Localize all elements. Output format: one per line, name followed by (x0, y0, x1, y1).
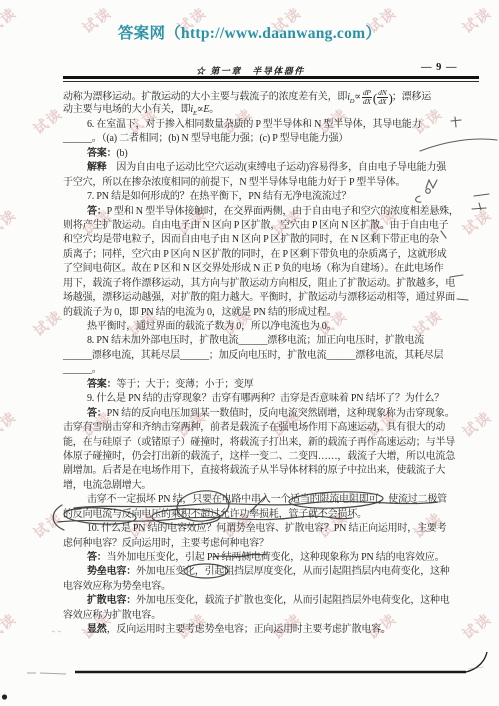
header-rule-thick (63, 76, 479, 79)
text-line: 答案：(b) (63, 147, 437, 161)
text-line: ______。 (63, 363, 437, 377)
scan-specks (2, 631, 61, 700)
watermark-stamp: 试读 (29, 103, 67, 138)
text-line: ______。（(a) 二者相同；(b) N 型导电能力强；(c) P 型导电能… (63, 132, 437, 146)
header-rule-thin (63, 81, 479, 82)
text-line: 动主要与电场的大小有关，即iE∝E。 (63, 103, 437, 117)
text-line: 能，在与硅原子（或锗原子）碰撞时，将载流子打出来，新的载流子再作高速运动；与半导 (63, 436, 437, 450)
body-text: 动称为漂移运动。扩散运动的大小主要与载流子的浓度差有关，即iD∝dPdX(dNd… (63, 89, 437, 638)
text-line: 势垒电容：外加电压变化，引起阻挡层厚度变化，从而引起阻挡层内电荷变化，这种 (63, 565, 437, 579)
scanned-document-page: 试读试读试读试读试读试读试读试读试读试读试读试读试读试读试读试读试读试读试读试读… (0, 0, 499, 706)
watermark-stamp: 试读 (29, 507, 67, 542)
text-line: 击穿有雪崩击穿和齐纳击穿两种，前者是载流子在强电场作用下高速运动，具有很大的动 (63, 421, 437, 435)
text-line: 热平衡时，通过界面的载流子数为 0，所以净电流也为 0。 (63, 320, 437, 334)
text-line: 解释 因为自由电子运动比空穴运动(束缚电子运动)容易得多，自由电子导电能力强 (63, 161, 437, 175)
text-line: 质离子；同样，空穴由 P 区向 N 区扩散的同时，在 P 区剩下带负电的杂质离子… (63, 248, 437, 262)
text-line: 9. 什么是 PN 结的击穿现象？击穿有哪两种？击穿是否意味着 PN 结坏了？为… (63, 392, 437, 406)
text-line: 8. PN 结未加外部电压时，扩散电流______漂移电流；加正向电压时，扩散电… (63, 334, 437, 348)
text-line: 击穿不一定损坏 PN 结，只要在电路中串入一个适当的限流电阻即可，使流过二极管 (63, 493, 437, 507)
watermark-stamp: 试读 (0, 406, 21, 441)
text-line: 剧增加。后者是在电场作用下，直接将载流子从半导体材料的原子中拉出来，使载流子大 (63, 464, 437, 478)
text-line: 10. 什么是 PN 结的电容效应？何谓势垒电容、扩散电容？PN 结正向运用时，… (63, 522, 437, 536)
text-line: 和空穴均是带电粒子，因而自由电子由 N 区向 P 区扩散的同时，在 N 区剩下带… (63, 233, 437, 247)
text-line: 于空穴，所以在掺杂浓度相同的前提下，N 型半导体导电能力好于 P 型半导体。 (63, 176, 437, 190)
text-line: 答：当外加电压变化，引起 PN 结两侧电荷变化，这种现象称为 PN 结的电容效应… (63, 551, 437, 565)
text-line: 6. 在室温下，对于掺入相同数量杂质的 P 型半导体和 N 型半导体，其导电能力 (63, 118, 437, 132)
text-line: ______漂移电流，其耗尽层______；加反向电压时，扩散电流______漂… (63, 349, 437, 363)
watermark-stamp: 试读 (458, 608, 496, 643)
text-line: 场越强，漂移运动越强，对扩散的阻力越大。平衡时，扩散运动与漂移运动相等，通过界面 (63, 291, 437, 305)
text-line: 增，电流急剧增大。 (63, 479, 437, 493)
text-line: 了空间电荷区。故在 P 区和 N 区交界处形成 N 正 P 负的电场（称为自建场… (63, 262, 437, 276)
text-line: 扩散电容：外加电压变化，载流子扩散也变化，从而引起阻挡层外电荷变化，这种电 (63, 594, 437, 608)
text-line: 容效应称为扩散电容。 (63, 609, 437, 623)
text-line: 显然，反向运用时主要考虑势垒电容；正向运用时主要考虑扩散电容。 (63, 623, 437, 637)
watermark-stamp: 试读 (29, 305, 67, 340)
text-line: 的载流子为 0，即 PN 结的电流为 0，这就是 PN 结的形成过程。 (63, 306, 437, 320)
watermark-stamp: 试读 (0, 204, 21, 239)
text-line: 的反向电流与反向电压的乘积不超过允许功率损耗，管子就不会损坏。 (63, 508, 437, 522)
site-header: 答案网（http://www.daanwang.com） (0, 21, 499, 43)
text-line: 体原子碰撞时，仍会打出新的载流子，这样一变二、二变四……，载流子大增，所以电流急 (63, 450, 437, 464)
text-line: 则将产生扩散运动。自由电子由 N 区向 P 区扩散，空穴由 P 区向 N 区扩散… (63, 219, 437, 233)
text-line: 动称为漂移运动。扩散运动的大小主要与载流子的浓度差有关，即iD∝dPdX(dNd… (63, 89, 437, 103)
text-line: 答案：等于；大于；变薄；小于；变厚 (63, 378, 437, 392)
text-line: 答：P 型和 N 型半导体接触时，在交界面两侧，由于自由电子和空穴的浓度相差悬殊… (63, 205, 437, 219)
text-line: 电容效应称为势垒电容。 (63, 580, 437, 594)
watermark-stamp: 试读 (458, 406, 496, 441)
text-line: 答：PN 结的反向电压加到某一数值时，反向电流突然剧增，这种现象称为击穿现象。 (63, 407, 437, 421)
watermark-stamp: 试读 (458, 204, 496, 239)
text-line: 用下，载流子将作漂移运动，其方向与扩散运动方向相反，阻止了扩散运动。扩散越多，电 (63, 277, 437, 291)
page-number: — 9 — (421, 62, 458, 73)
text-line: 7. PN 结是如何形成的？在热平衡下，PN 结有无净电流流过？ (63, 190, 437, 204)
text-line: 虑何种电容？反向运用时，主要考虑何种电容？ (63, 537, 437, 551)
bottom-rule (27, 652, 487, 674)
watermark-stamp: 试读 (0, 608, 21, 643)
